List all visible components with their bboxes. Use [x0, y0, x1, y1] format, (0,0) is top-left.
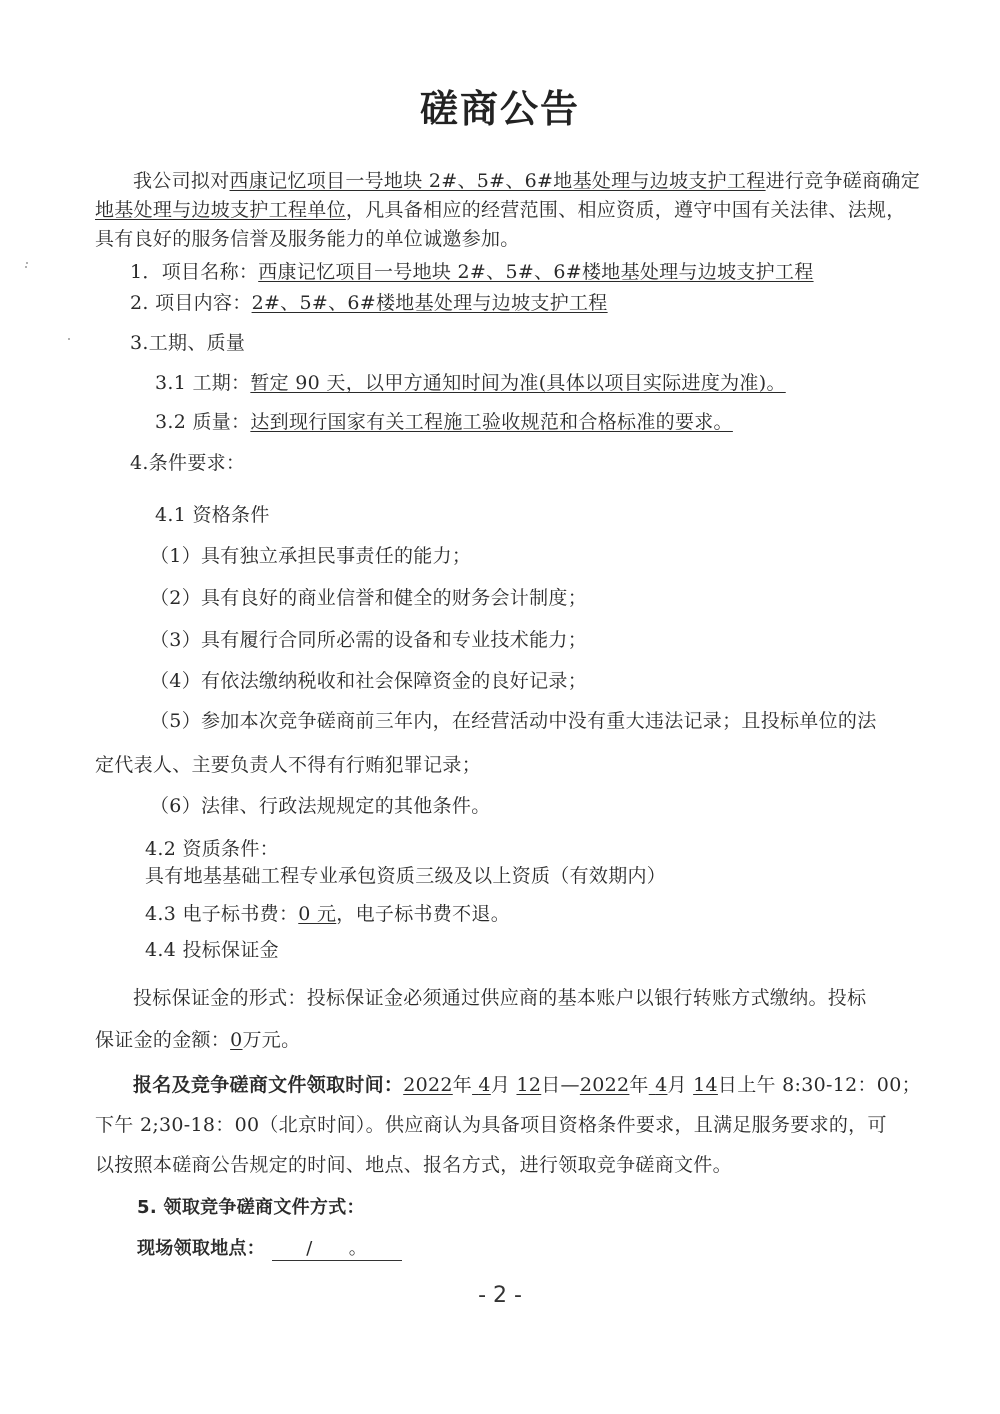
morning-hours: 日上午 8:30-12：00； — [718, 1074, 921, 1096]
registration-line-2: 下午 2;30-18：00（北京时间）。供应商认为具备项目资格条件要求，且满足服… — [95, 1112, 887, 1138]
deposit-label: 保证金的金额： — [95, 1029, 230, 1051]
scan-speck — [26, 262, 28, 264]
page-title: 磋商公告 — [0, 78, 1000, 133]
intro-prefix: 我公司拟对 — [133, 170, 230, 192]
pickup-location: 现场领取地点： / 。 — [137, 1236, 402, 1262]
intro-line-3: 具有良好的服务信誉及服务能力的单位诚邀参加。 — [95, 226, 520, 252]
intro-suffix: ，凡具备相应的经营范围、相应资质，遵守中国有关法律、法规， — [346, 199, 906, 221]
start-month: 4 — [472, 1074, 491, 1096]
condition-item-5: （5）参加本次竞争磋商前三年内，在经营活动中没有重大违法记录；且投标单位的法 — [150, 708, 877, 734]
month-char: 月 — [491, 1074, 510, 1096]
section-5-heading: 5. 领取竞争磋商文件方式： — [137, 1195, 365, 1221]
registration-label: 报名及竞争磋商文件领取时间： — [133, 1074, 403, 1096]
intro-line-2: 地基处理与边坡支护工程单位，凡具备相应的经营范围、相应资质，遵守中国有关法律、法… — [95, 197, 906, 223]
condition-item-6: （6）法律、行政法规规定的其他条件。 — [150, 793, 491, 819]
scan-speck — [68, 338, 70, 340]
deposit-line-1: 投标保证金的形式：投标保证金必须通过供应商的基本账户以银行转账方式缴纳。投标 — [133, 985, 866, 1011]
pickup-location-blank: / 。 — [272, 1238, 402, 1261]
section-3-2-quality: 3.2 质量：达到现行国家有关工程施工验收规范和合格标准的要求。 — [155, 409, 733, 435]
quality-value: 达到现行国家有关工程施工验收规范和合格标准的要求。 — [250, 411, 733, 433]
section-4-2-value: 具有地基基础工程专业承包资质三级及以上资质（有效期内） — [145, 863, 666, 889]
condition-item-5-cont: 定代表人、主要负责人不得有行贿犯罪记录； — [95, 752, 481, 778]
quality-label: 3.2 质量： — [155, 411, 250, 433]
end-day: 14 — [693, 1074, 718, 1096]
intro-project-name: 西康记忆项目一号地块 2#、5#、6#地基处理与边坡支护工程 — [230, 170, 766, 192]
pickup-value: / — [306, 1238, 312, 1259]
deposit-unit: 万元。 — [243, 1029, 301, 1051]
section-3-heading: 3.工期、质量 — [130, 330, 245, 356]
intro-unit: 地基处理与边坡支护工程单位 — [95, 199, 346, 221]
section-1-project-name: 1．项目名称：西康记忆项目一号地块 2#、5#、6#楼地基处理与边坡支护工程 — [130, 259, 814, 285]
pickup-end: 。 — [349, 1238, 367, 1259]
duration-label: 3.1 工期： — [155, 372, 250, 394]
registration-line-1: 报名及竞争磋商文件领取时间：2022年 4月 12日—2022年 4月 14日上… — [133, 1072, 921, 1098]
fee-label: 4.3 电子标书费： — [145, 903, 298, 925]
end-month: 4 — [649, 1074, 668, 1096]
end-year: 2022 — [580, 1074, 630, 1096]
condition-item-4: （4）有依法缴纳税收和社会保障资金的良好记录； — [150, 668, 587, 694]
intro-middle: 进行竞争磋商确定 — [766, 170, 920, 192]
page-number: - 2 - — [0, 1283, 1000, 1308]
month-char: 月 — [667, 1074, 686, 1096]
condition-item-2: （2）具有良好的商业信誉和健全的财务会计制度； — [150, 585, 587, 611]
intro-line-1: 我公司拟对西康记忆项目一号地块 2#、5#、6#地基处理与边坡支护工程进行竞争磋… — [133, 168, 920, 194]
start-day: 12 — [516, 1074, 541, 1096]
section-1-label: 1．项目名称： — [130, 261, 258, 283]
condition-item-3: （3）具有履行合同所必需的设备和专业技术能力； — [150, 627, 587, 653]
deposit-line-2: 保证金的金额：0万元。 — [95, 1027, 300, 1053]
scan-speck — [25, 266, 27, 268]
fee-suffix: ，电子标书费不退。 — [336, 903, 510, 925]
registration-line-3: 以按照本磋商公告规定的时间、地点、报名方式，进行领取竞争磋商文件。 — [95, 1152, 732, 1178]
duration-value: 暂定 90 天，以甲方通知时间为准(具体以项目实际进度为准)。 — [250, 372, 785, 394]
section-4-3-fee: 4.3 电子标书费：0 元，电子标书费不退。 — [145, 901, 510, 927]
section-4-1-heading: 4.1 资格条件 — [155, 502, 270, 528]
year-char: 年 — [453, 1074, 472, 1096]
fee-amount: 0 元 — [298, 903, 336, 925]
start-year: 2022 — [403, 1074, 453, 1096]
section-4-heading: 4.条件要求： — [130, 450, 245, 476]
day-dash: 日— — [541, 1074, 580, 1096]
section-1-value: 西康记忆项目一号地块 2#、5#、6#楼地基处理与边坡支护工程 — [258, 261, 813, 283]
section-2-label: 2. 项目内容： — [130, 292, 252, 314]
section-2-project-content: 2. 项目内容：2#、5#、6#楼地基处理与边坡支护工程 — [130, 290, 608, 316]
section-4-2-heading: 4.2 资质条件： — [145, 836, 279, 862]
section-4-4-heading: 4.4 投标保证金 — [145, 937, 279, 963]
document-page: 磋商公告 我公司拟对西康记忆项目一号地块 2#、5#、6#地基处理与边坡支护工程… — [0, 0, 1000, 1414]
section-3-1-duration: 3.1 工期：暂定 90 天，以甲方通知时间为准(具体以项目实际进度为准)。 — [155, 370, 786, 396]
section-2-value: 2#、5#、6#楼地基处理与边坡支护工程 — [252, 292, 608, 314]
year-char: 年 — [629, 1074, 648, 1096]
deposit-amount: 0 — [230, 1029, 242, 1051]
condition-item-1: （1）具有独立承担民事责任的能力； — [150, 543, 471, 569]
pickup-label: 现场领取地点： — [137, 1238, 265, 1259]
